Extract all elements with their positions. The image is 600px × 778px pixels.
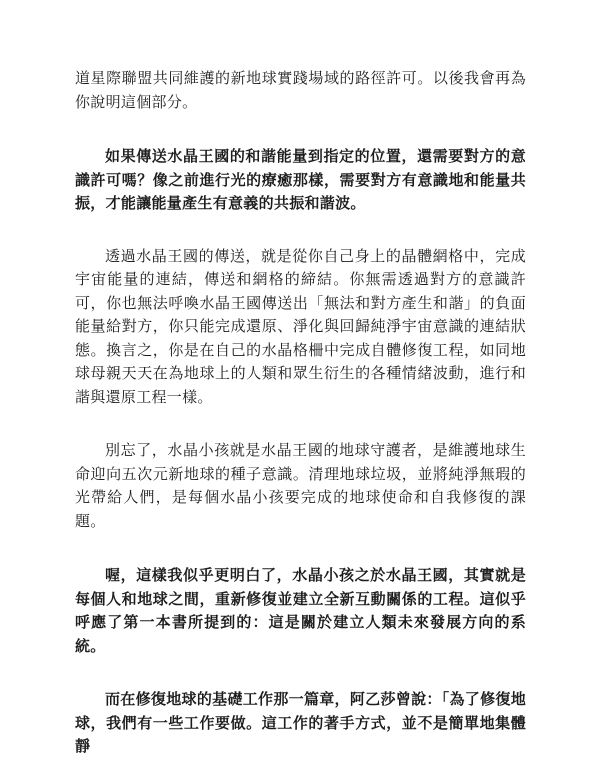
paragraph-answer: 別忘了，水晶小孩就是水晶王國的地球守護者，是維護地球生命迎向五次元新地球的種子意… — [75, 440, 526, 534]
paragraph-answer: 透過水晶王國的傳送，就是從你自己身上的晶體網格中，完成宇宙能量的連結，傳送和網格… — [75, 246, 526, 411]
paragraph-continuation: 道星際聯盟共同維護的新地球實踐場域的路徑許可。以後我會再為你說明這個部分。 — [75, 68, 526, 115]
paragraph-reflection: 而在修復地球的基礎工作那一篇章，阿乙莎曾說：「為了修復地球，我們有一些工作要做。… — [75, 688, 526, 759]
document-page: 道星際聯盟共同維護的新地球實踐場域的路徑許可。以後我會再為你說明這個部分。 如果… — [0, 0, 600, 778]
paragraph-question: 如果傳送水晶王國的和諧能量到指定的位置，還需要對方的意識許可嗎？像之前進行光的療… — [75, 145, 526, 216]
paragraph-reflection: 喔，這樣我似乎更明白了，水晶小孩之於水晶王國，其實就是每個人和地球之間，重新修復… — [75, 564, 526, 658]
